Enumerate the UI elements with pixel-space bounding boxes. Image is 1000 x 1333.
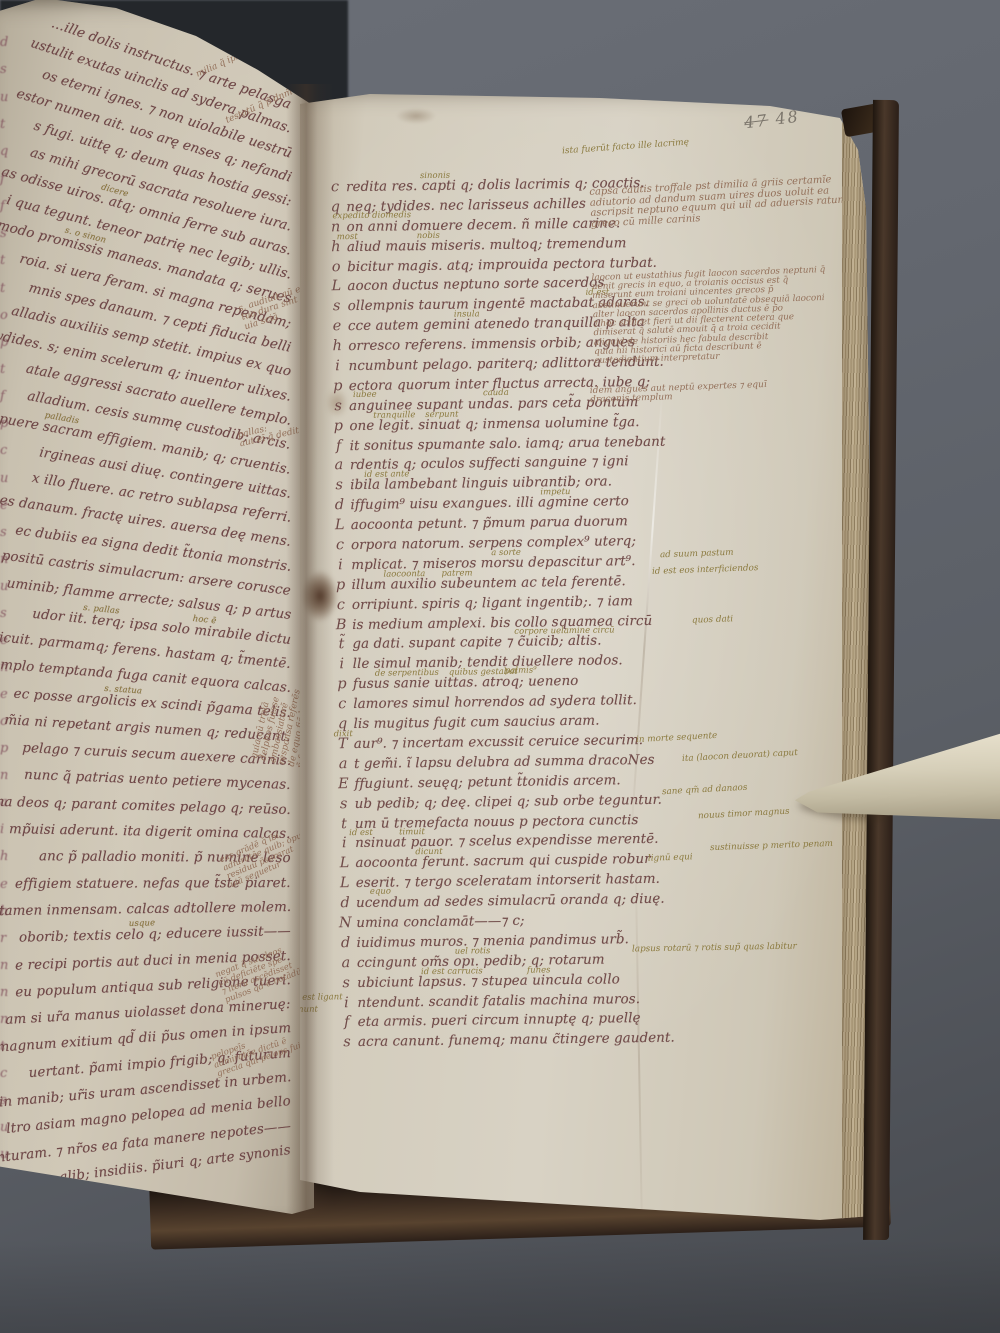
interlinear-gloss: de serpentibus (375, 668, 439, 679)
new-folio-number: 48 (774, 107, 800, 129)
stain (396, 108, 436, 124)
interlinear-gloss: timuit (399, 827, 425, 837)
interlinear-gloss: hoc ē (192, 614, 217, 626)
verse-text: acra canunt. funemq; manu c̃tingere gaud… (358, 1031, 675, 1050)
background-bottom-shade (0, 1240, 1000, 1333)
gloss-line: ita (laocon deuorat) caput (682, 749, 798, 764)
marginal-gloss-block: lapsus rotarū ⁊ rotis sup̃ quas labitur (632, 943, 797, 955)
marginal-gloss-block: in morte sequente (636, 732, 718, 745)
marginal-gloss-block: quos dati (692, 615, 733, 626)
initial-letter: t (0, 253, 5, 268)
gloss-line: sustinuisse p merito penam (710, 840, 833, 854)
verse-initial: s (335, 975, 357, 991)
marginal-gloss-block: nouus timor magnus (698, 808, 790, 822)
gutter-shadow (286, 84, 334, 1218)
initial-letter: n (0, 958, 8, 973)
interlinear-gloss: id est (349, 828, 373, 838)
initial-letter: s (0, 525, 7, 540)
initial-letter: n (0, 985, 8, 1000)
marginal-gloss-block: ita (laocon deuorat) caput (682, 749, 798, 764)
gloss-line: in morte sequente (636, 732, 718, 745)
pencil-foliation: 47 48 (743, 107, 801, 133)
verse-initial: E (332, 776, 354, 792)
interlinear-gloss: insula (454, 309, 480, 319)
marginal-gloss-block: sane qm̃ ad danaos (662, 784, 748, 798)
header-gloss: ista fuerūt facto ille lacrimę (562, 138, 690, 157)
initial-letter: r (0, 931, 6, 946)
verse-initial: a (335, 955, 357, 971)
manuscript-photo: dsutqffsttoptfpcuesnuseneopnaihehrnnntcs… (0, 0, 1000, 1333)
verse-initial: f (336, 1014, 358, 1030)
interlinear-gloss: dixit (334, 729, 353, 739)
gloss-line: id est eos interficiendos (652, 564, 759, 577)
initial-letter: t (0, 281, 5, 296)
interlinear-gloss: dicunt (415, 847, 442, 857)
verse-text: umina conclamāt——⁊ c; (356, 914, 524, 931)
interlinear-gloss: s. statua (104, 683, 143, 696)
verse-initial: p (331, 676, 353, 692)
initial-letter: s (0, 62, 7, 77)
marginal-gloss-block: lignū equi (648, 853, 693, 864)
verse-line: mp̃uisi aderunt. ita digerit omina calca… (9, 822, 291, 842)
marginal-gloss-block: ad suum pastum (660, 549, 734, 561)
initial-letter: s (0, 606, 7, 621)
initial-letter: f (0, 389, 5, 404)
interlinear-gloss: sinonis (420, 171, 450, 181)
cover-edge (863, 100, 899, 1240)
verse-initial: L (334, 875, 356, 891)
marginal-gloss-block: sustinuisse p merito penam (710, 840, 833, 854)
gloss-line: lignū equi (648, 853, 693, 864)
initial-letter: d (0, 35, 8, 50)
old-folio-number: 47 (743, 111, 769, 133)
interlinear-gloss: nobis (417, 230, 440, 240)
interlinear-gloss: funes (527, 965, 551, 975)
interlinear-gloss: id est carrucis (421, 966, 483, 977)
verse-line: anc tamen inmensam. calcas adtollere mol… (0, 900, 291, 919)
initial-letter: t (0, 1174, 5, 1189)
gloss-line: lapsus rotarū ⁊ rotis sup̃ quas labitur (632, 943, 797, 955)
verse-initial: a (332, 756, 354, 772)
interlinear-gloss: s. pallas (83, 602, 120, 616)
verse-line: rma deos q; parant comites pelago q; reū… (0, 794, 291, 818)
gloss-line: ad suum pastum (660, 549, 734, 561)
verse-initial: d (335, 935, 357, 951)
marginal-gloss-block: laocon ut eustathius fugit laocon sacerd… (591, 266, 828, 366)
initial-letter: i (0, 822, 4, 837)
verse-initial: s (336, 1034, 358, 1050)
verse-initial: N (334, 915, 356, 931)
verse-line: oborib; textis celo q; educere iussit——u… (19, 924, 291, 946)
initial-letter: h (0, 849, 8, 864)
gloss-line: quos dati (692, 615, 733, 626)
gloss-line: nouus timor magnus (698, 808, 790, 822)
interlinear-gloss: uel rotis (455, 946, 491, 956)
verse-initial: L (333, 855, 355, 871)
initial-letter: p (0, 741, 8, 756)
marginal-gloss-block: idem angues aut neptū expertes ⁊ equīdra… (590, 381, 768, 406)
interlinear-gloss: most (337, 232, 358, 242)
initial-letter: u (0, 471, 8, 486)
left-page: dsutqffsttoptfpcuesnuseneopnaihehrnnntcs… (0, 0, 314, 1218)
verse-initial: d (334, 895, 356, 911)
initial-letter: t (0, 117, 5, 132)
verse-line: nunc q̃ patrias uento petiere mycenas. (24, 768, 291, 793)
interlinear-gloss: laocoonta (383, 569, 425, 580)
initial-letter: t (0, 362, 5, 377)
initial-letter: n (0, 768, 8, 783)
interlinear-gloss: a sorte (491, 548, 521, 558)
initial-letter: o (0, 308, 8, 323)
interlinear-gloss: serpunt (425, 409, 458, 419)
interlinear-gloss: impetu (540, 487, 570, 497)
interlinear-gloss: usque (129, 918, 156, 929)
verse-initial: c (331, 696, 353, 712)
verse-line: sacra canunt. funemq; manu c̃tingere gau… (336, 1027, 675, 1052)
interlinear-gloss: patrem (441, 568, 472, 578)
marginal-gloss-block: id est eos interficiendos (652, 564, 759, 577)
initial-letter: u (0, 90, 8, 105)
verse-initial: s (333, 796, 355, 812)
initial-letter: c (0, 1066, 7, 1081)
interlinear-gloss: quibus gestabat (449, 667, 518, 678)
interlinear-gloss: tranquille (373, 410, 415, 421)
right-page: 47 48 ista fuerūt facto ille lacrimę cre… (300, 88, 878, 1250)
interlinear-gloss: id est ante (364, 470, 410, 481)
interlinear-gloss: corpore uelamine circū (514, 626, 614, 637)
initial-letter: c (0, 443, 7, 458)
initial-letter: e (0, 877, 8, 892)
initial-letter: e (0, 687, 8, 702)
initial-letter: q (0, 144, 8, 159)
gloss-line: sane qm̃ ad danaos (662, 784, 748, 798)
